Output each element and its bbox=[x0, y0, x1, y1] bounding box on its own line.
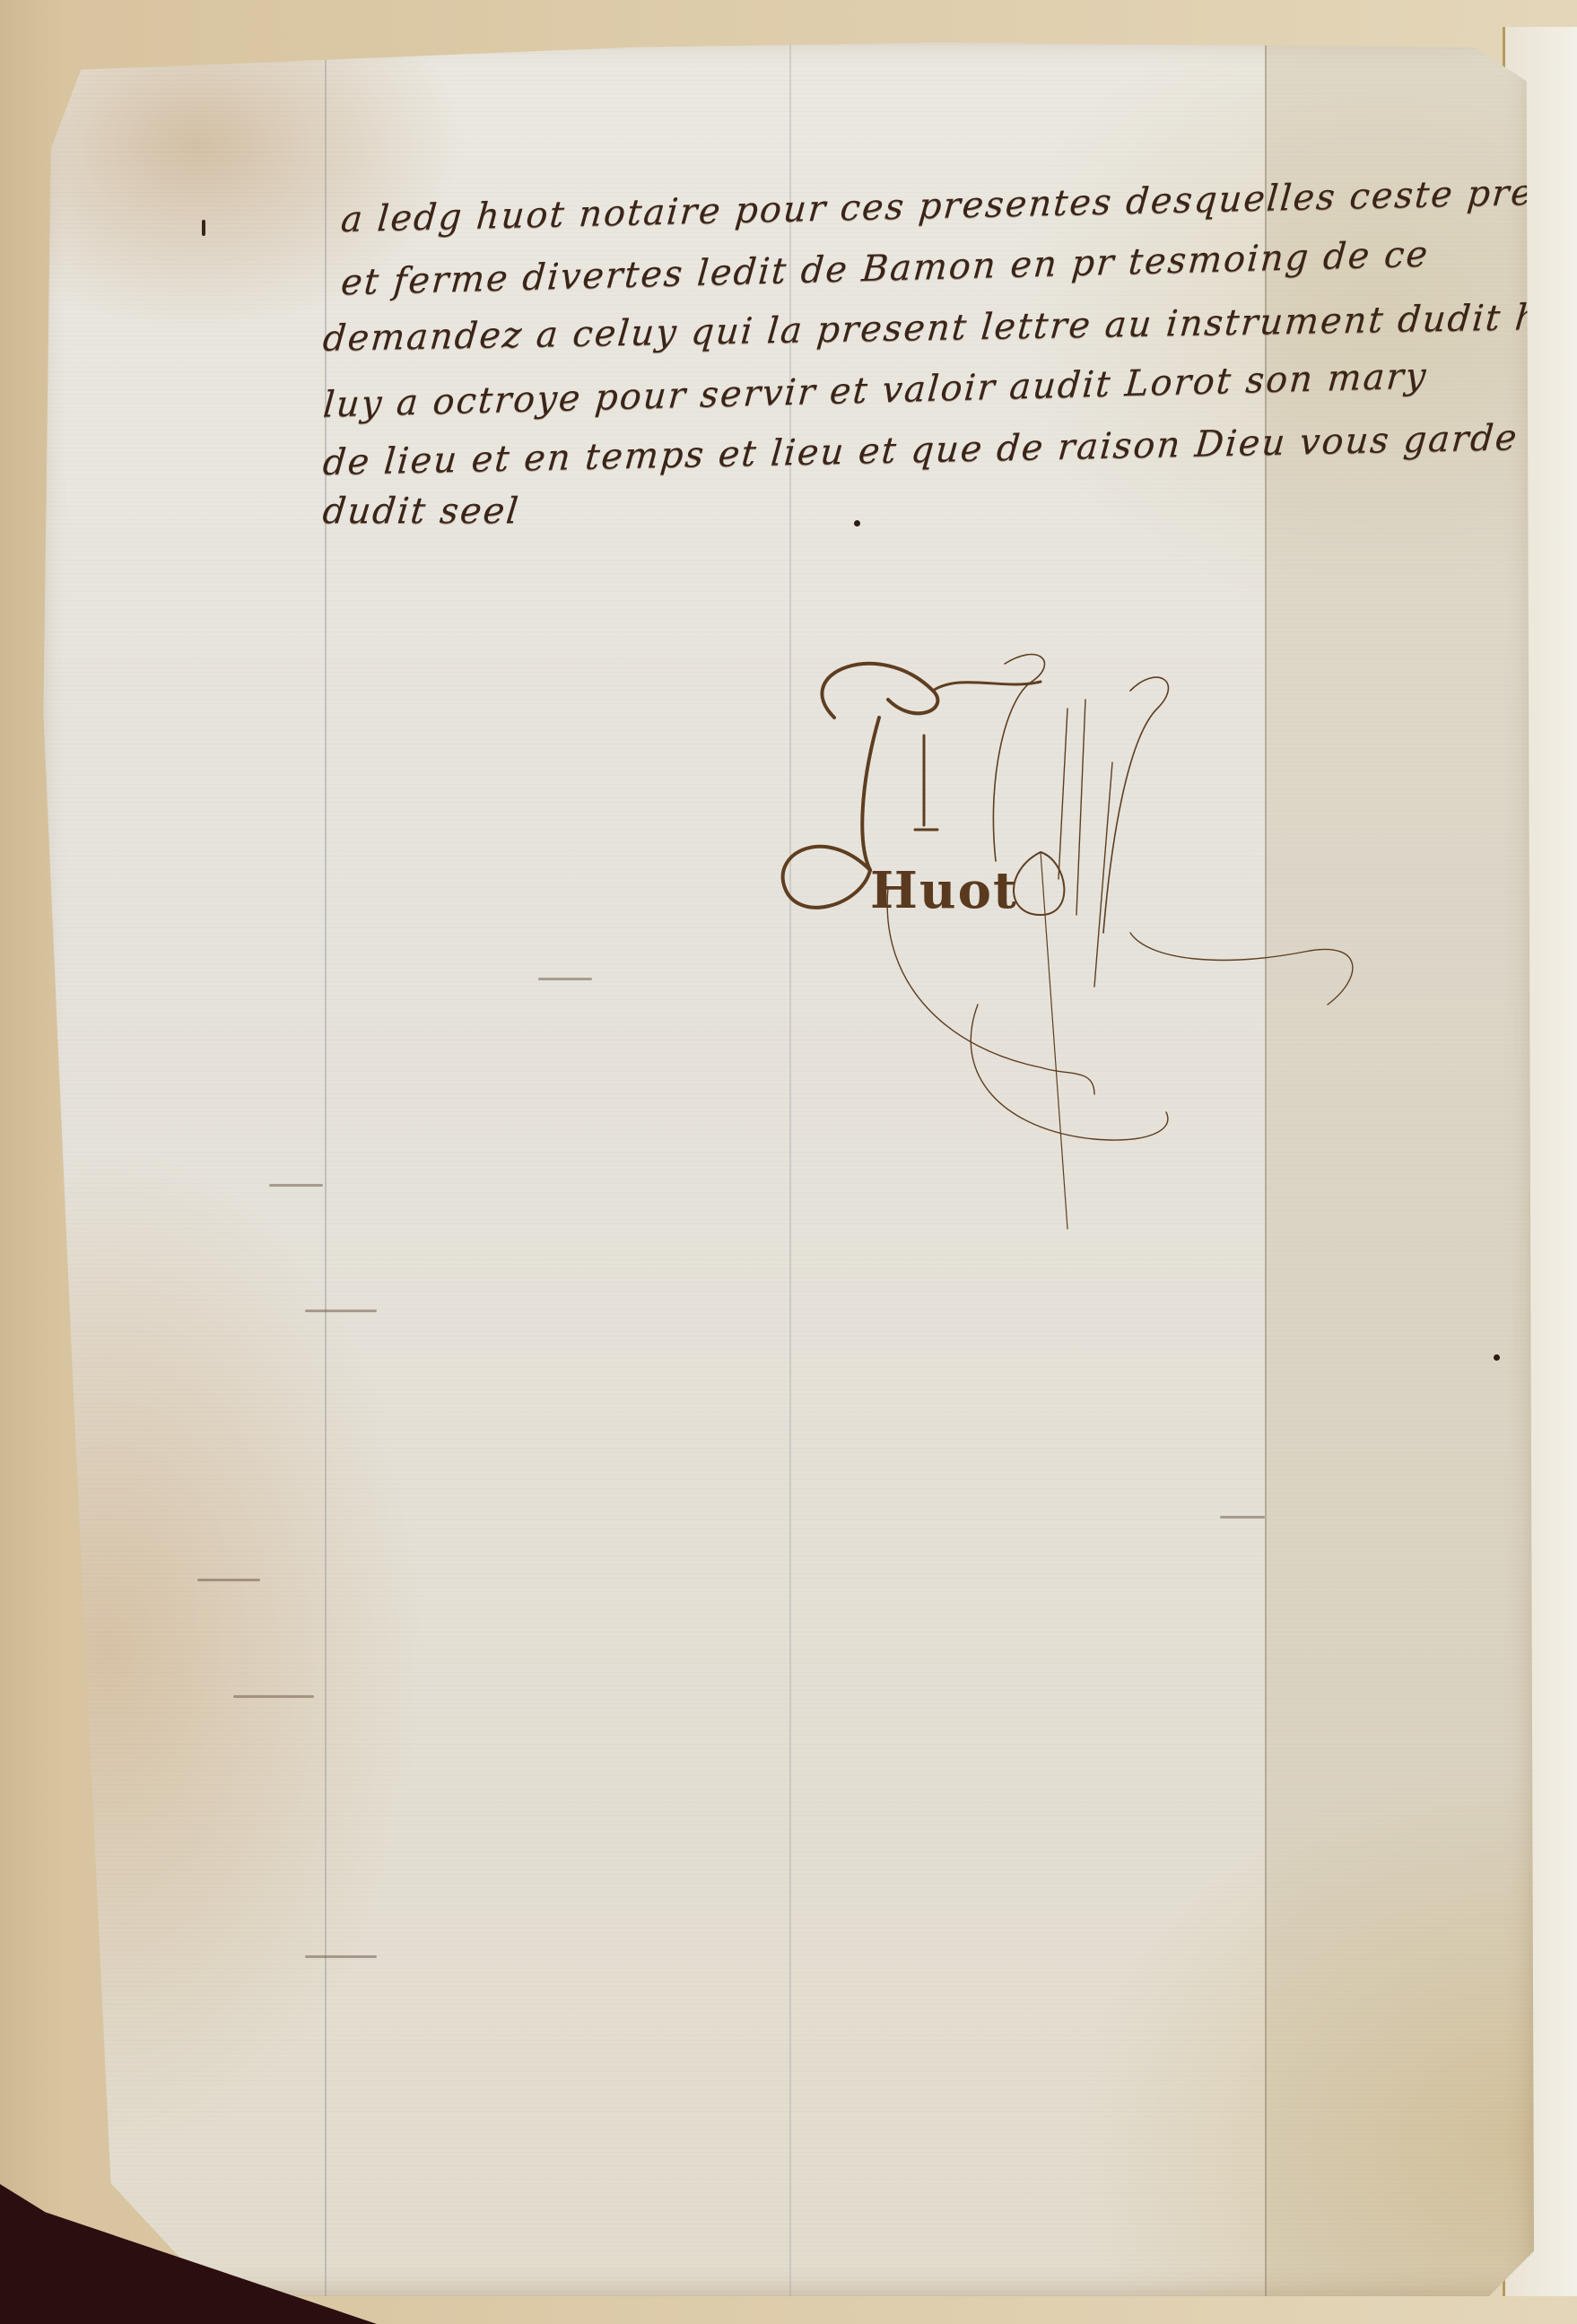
ink-dot bbox=[1494, 1354, 1500, 1361]
signature-name: Huot bbox=[870, 861, 1018, 920]
ink-dot bbox=[854, 520, 860, 527]
handwritten-text-block: a ledg huot notaire pour ces presentes d… bbox=[305, 188, 1525, 554]
signature-flourish-icon bbox=[771, 646, 1489, 1238]
text-line-4: luy a octroye pour servir et valoir audi… bbox=[322, 355, 1527, 422]
manuscript-sheet: a ledg huot notaire pour ces presentes d… bbox=[36, 36, 1534, 2296]
text-line-6: dudit seel bbox=[321, 493, 1527, 529]
signature: Huot bbox=[771, 646, 1489, 1238]
text-line-2: et ferme divertes ledit de Bamon en pr t… bbox=[340, 234, 1527, 301]
text-line-3: demandez a celuy qui la present lettre a… bbox=[321, 300, 1526, 356]
text-line-1: a ledg huot notaire pour ces presentes d… bbox=[340, 175, 1527, 238]
text-line-5: de lieu et en temps et lieu et que de ra… bbox=[321, 420, 1526, 481]
manuscript-photo: a ledg huot notaire pour ces presentes d… bbox=[0, 0, 1577, 2324]
margin-mark bbox=[202, 220, 205, 236]
